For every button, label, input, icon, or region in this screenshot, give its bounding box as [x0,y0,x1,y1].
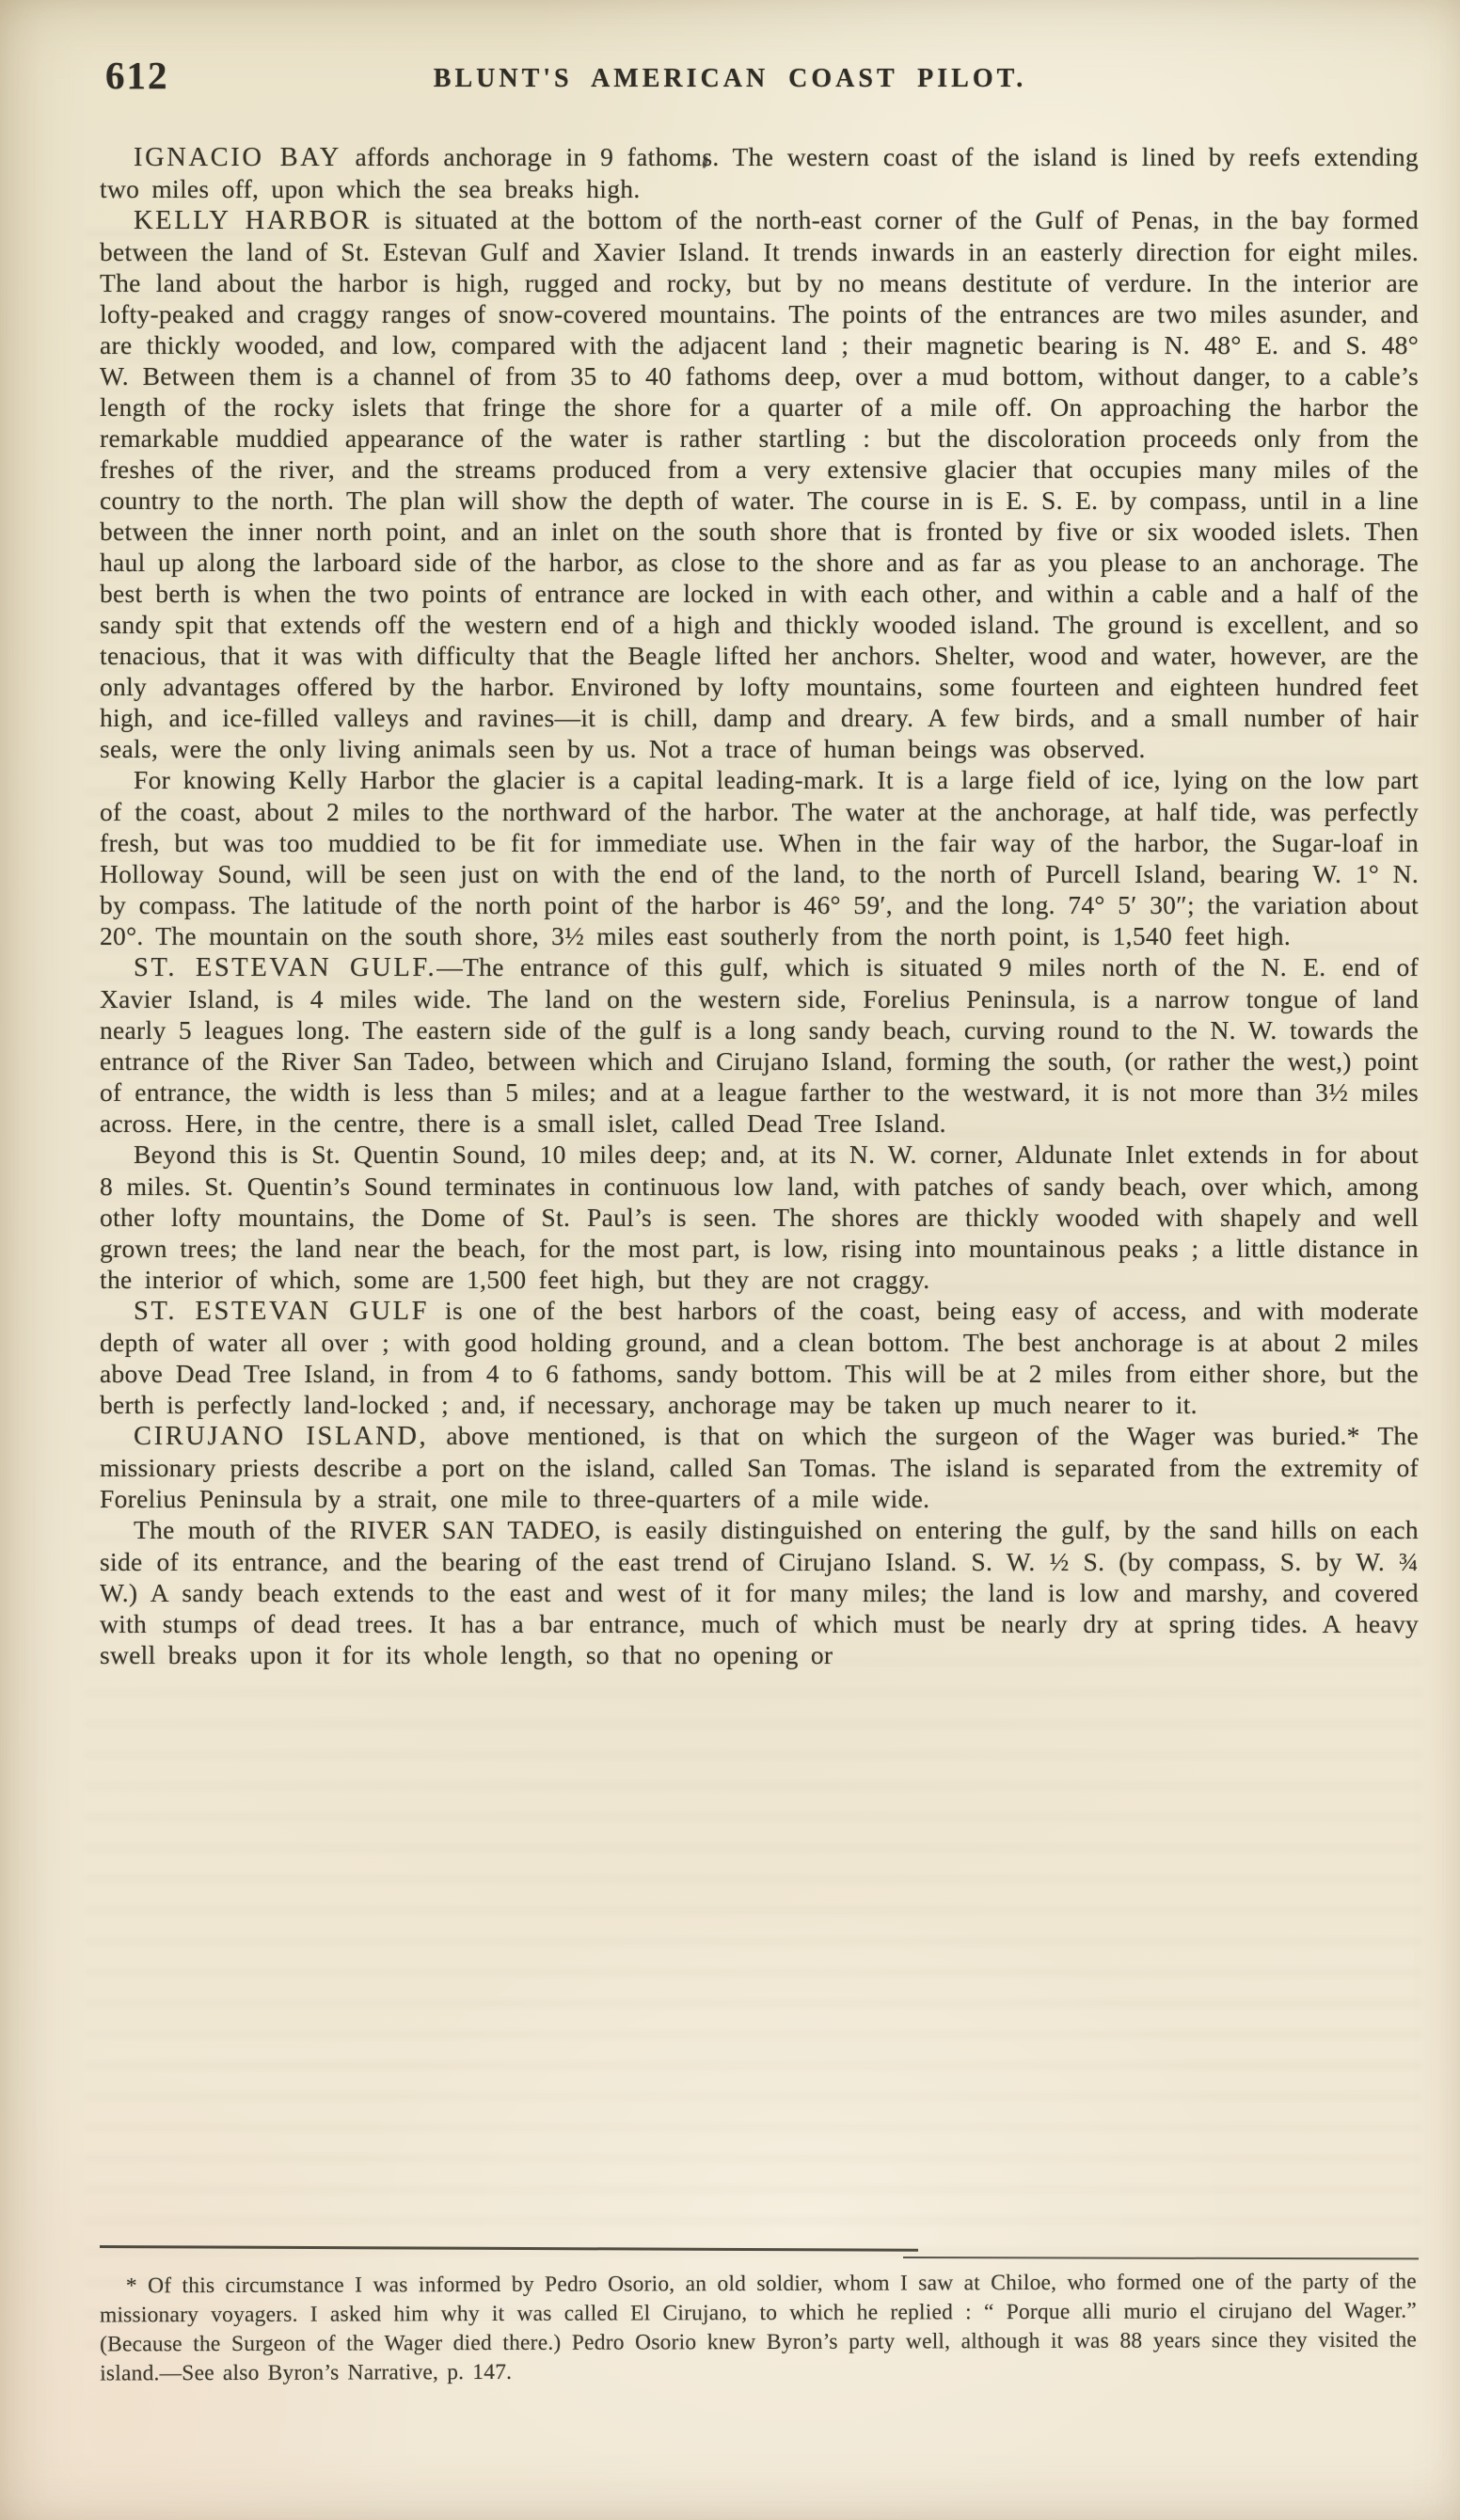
paragraph-lead: IGNACIO BAY [134,143,341,172]
footnote-text: * Of this circumstance I was informed by… [100,2268,1417,2389]
paragraph: The mouth of the RIVER SAN TADEO, is eas… [100,1514,1419,1670]
paragraph-lead: CIRUJANO ISLAND, [134,1422,428,1451]
book-page-scan: 612 BLUNT'S AMERICAN COAST PILOT. IGNACI… [0,0,1460,2520]
paragraph: ST. ESTEVAN GULF.—The entrance of this g… [100,951,1419,1139]
paragraph: IGNACIO BAY affords anchorage in 9 fatho… [100,141,1419,204]
paragraph-lead: KELLY HARBOR [134,206,372,235]
footnote-separator-segment [903,2257,1419,2259]
paragraph: ST. ESTEVAN GULF is one of the best harb… [100,1295,1419,1420]
body-text: IGNACIO BAY affords anchorage in 9 fatho… [100,141,1419,1670]
footnote: * Of this circumstance I was informed by… [100,2268,1417,2389]
paragraph-text: For knowing Kelly Harbor the glacier is … [100,765,1419,950]
paragraph-text: Beyond this is St. Quentin Sound, 10 mil… [100,1140,1419,1294]
running-header: BLUNT'S AMERICAN COAST PILOT. [0,64,1460,94]
paragraph: CIRUJANO ISLAND, above mentioned, is tha… [100,1420,1419,1514]
paragraph-lead: ST. ESTEVAN GULF. [134,953,436,982]
paragraph-text: is situated at the bottom of the north-e… [100,205,1419,763]
paragraph-lead: ST. ESTEVAN GULF [134,1297,429,1326]
paragraph-text: The mouth of the RIVER SAN TADEO, is eas… [100,1515,1419,1669]
paragraph: For knowing Kelly Harbor the glacier is … [100,764,1419,951]
footnote-separator [100,2245,918,2252]
paragraph: KELLY HARBOR is situated at the bottom o… [100,204,1419,764]
paragraph: Beyond this is St. Quentin Sound, 10 mil… [100,1139,1419,1295]
